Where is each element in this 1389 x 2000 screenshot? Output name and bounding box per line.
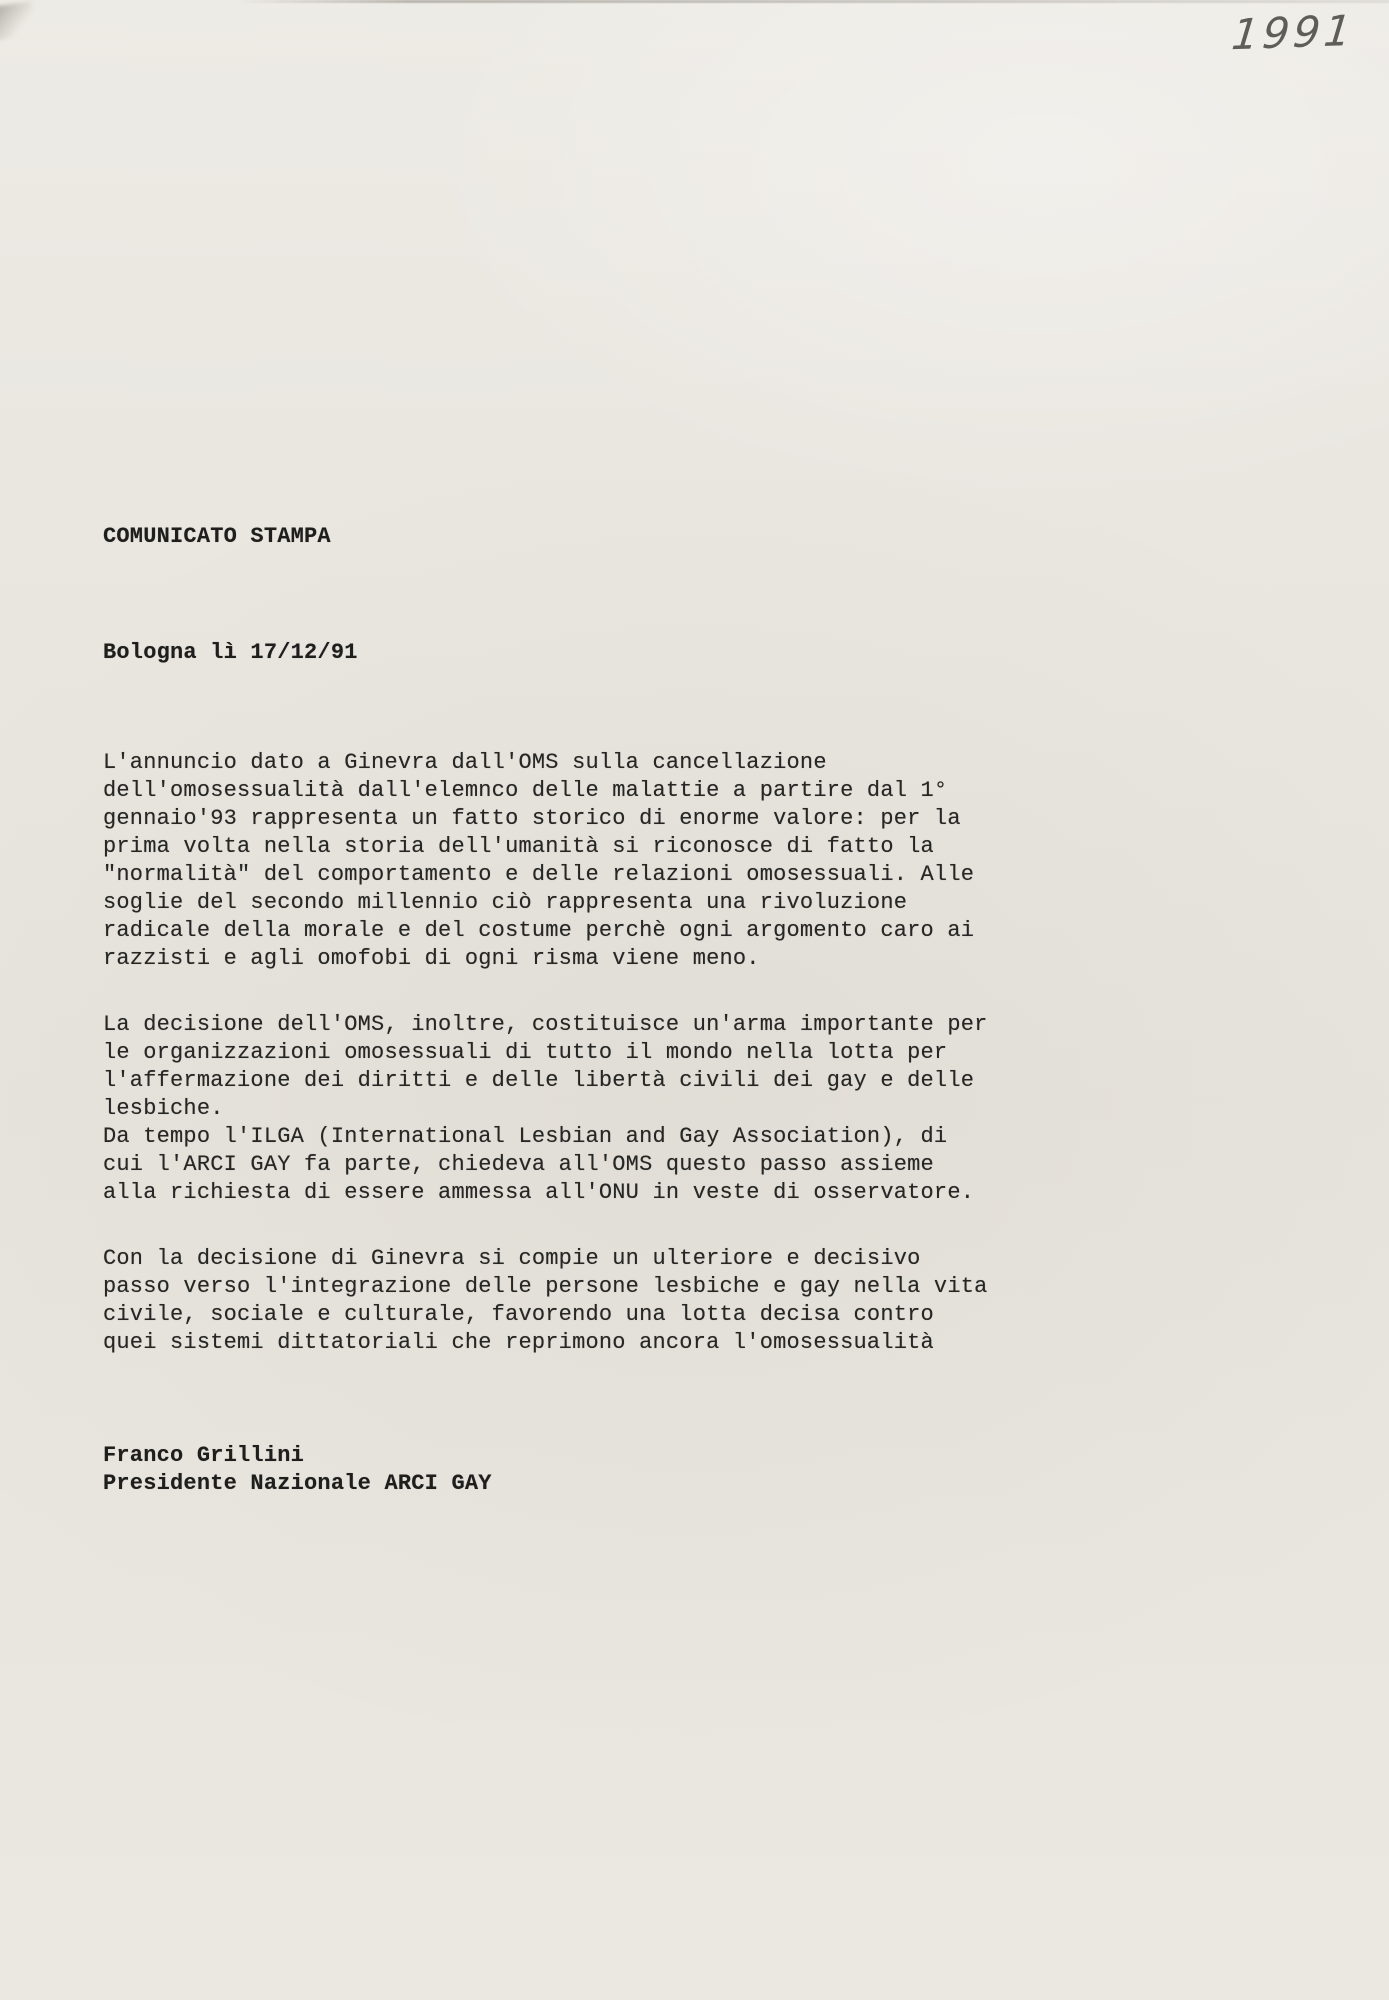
signature-name: Franco Grillini xyxy=(103,1443,304,1468)
body-paragraph-2: La decisione dell'OMS, inoltre, costitui… xyxy=(103,1011,988,1207)
body-paragraph-1: L'annuncio dato a Ginevra dall'OMS sulla… xyxy=(103,749,974,973)
document-title: COMUNICATO STAMPA xyxy=(103,523,331,551)
signature-block: Franco Grillini Presidente Nazionale ARC… xyxy=(103,1442,492,1498)
scanned-press-release-page: 1991 COMUNICATO STAMPA Bologna lì 17/12/… xyxy=(0,0,1389,2000)
dateline: Bologna lì 17/12/91 xyxy=(103,639,358,667)
scan-edge-artifact xyxy=(235,0,1389,3)
scan-corner-artifact xyxy=(0,1,36,41)
body-paragraph-3: Con la decisione di Ginevra si compie un… xyxy=(103,1245,988,1357)
handwritten-year-note: 1991 xyxy=(1229,6,1357,59)
signature-role: Presidente Nazionale ARCI GAY xyxy=(103,1471,492,1496)
